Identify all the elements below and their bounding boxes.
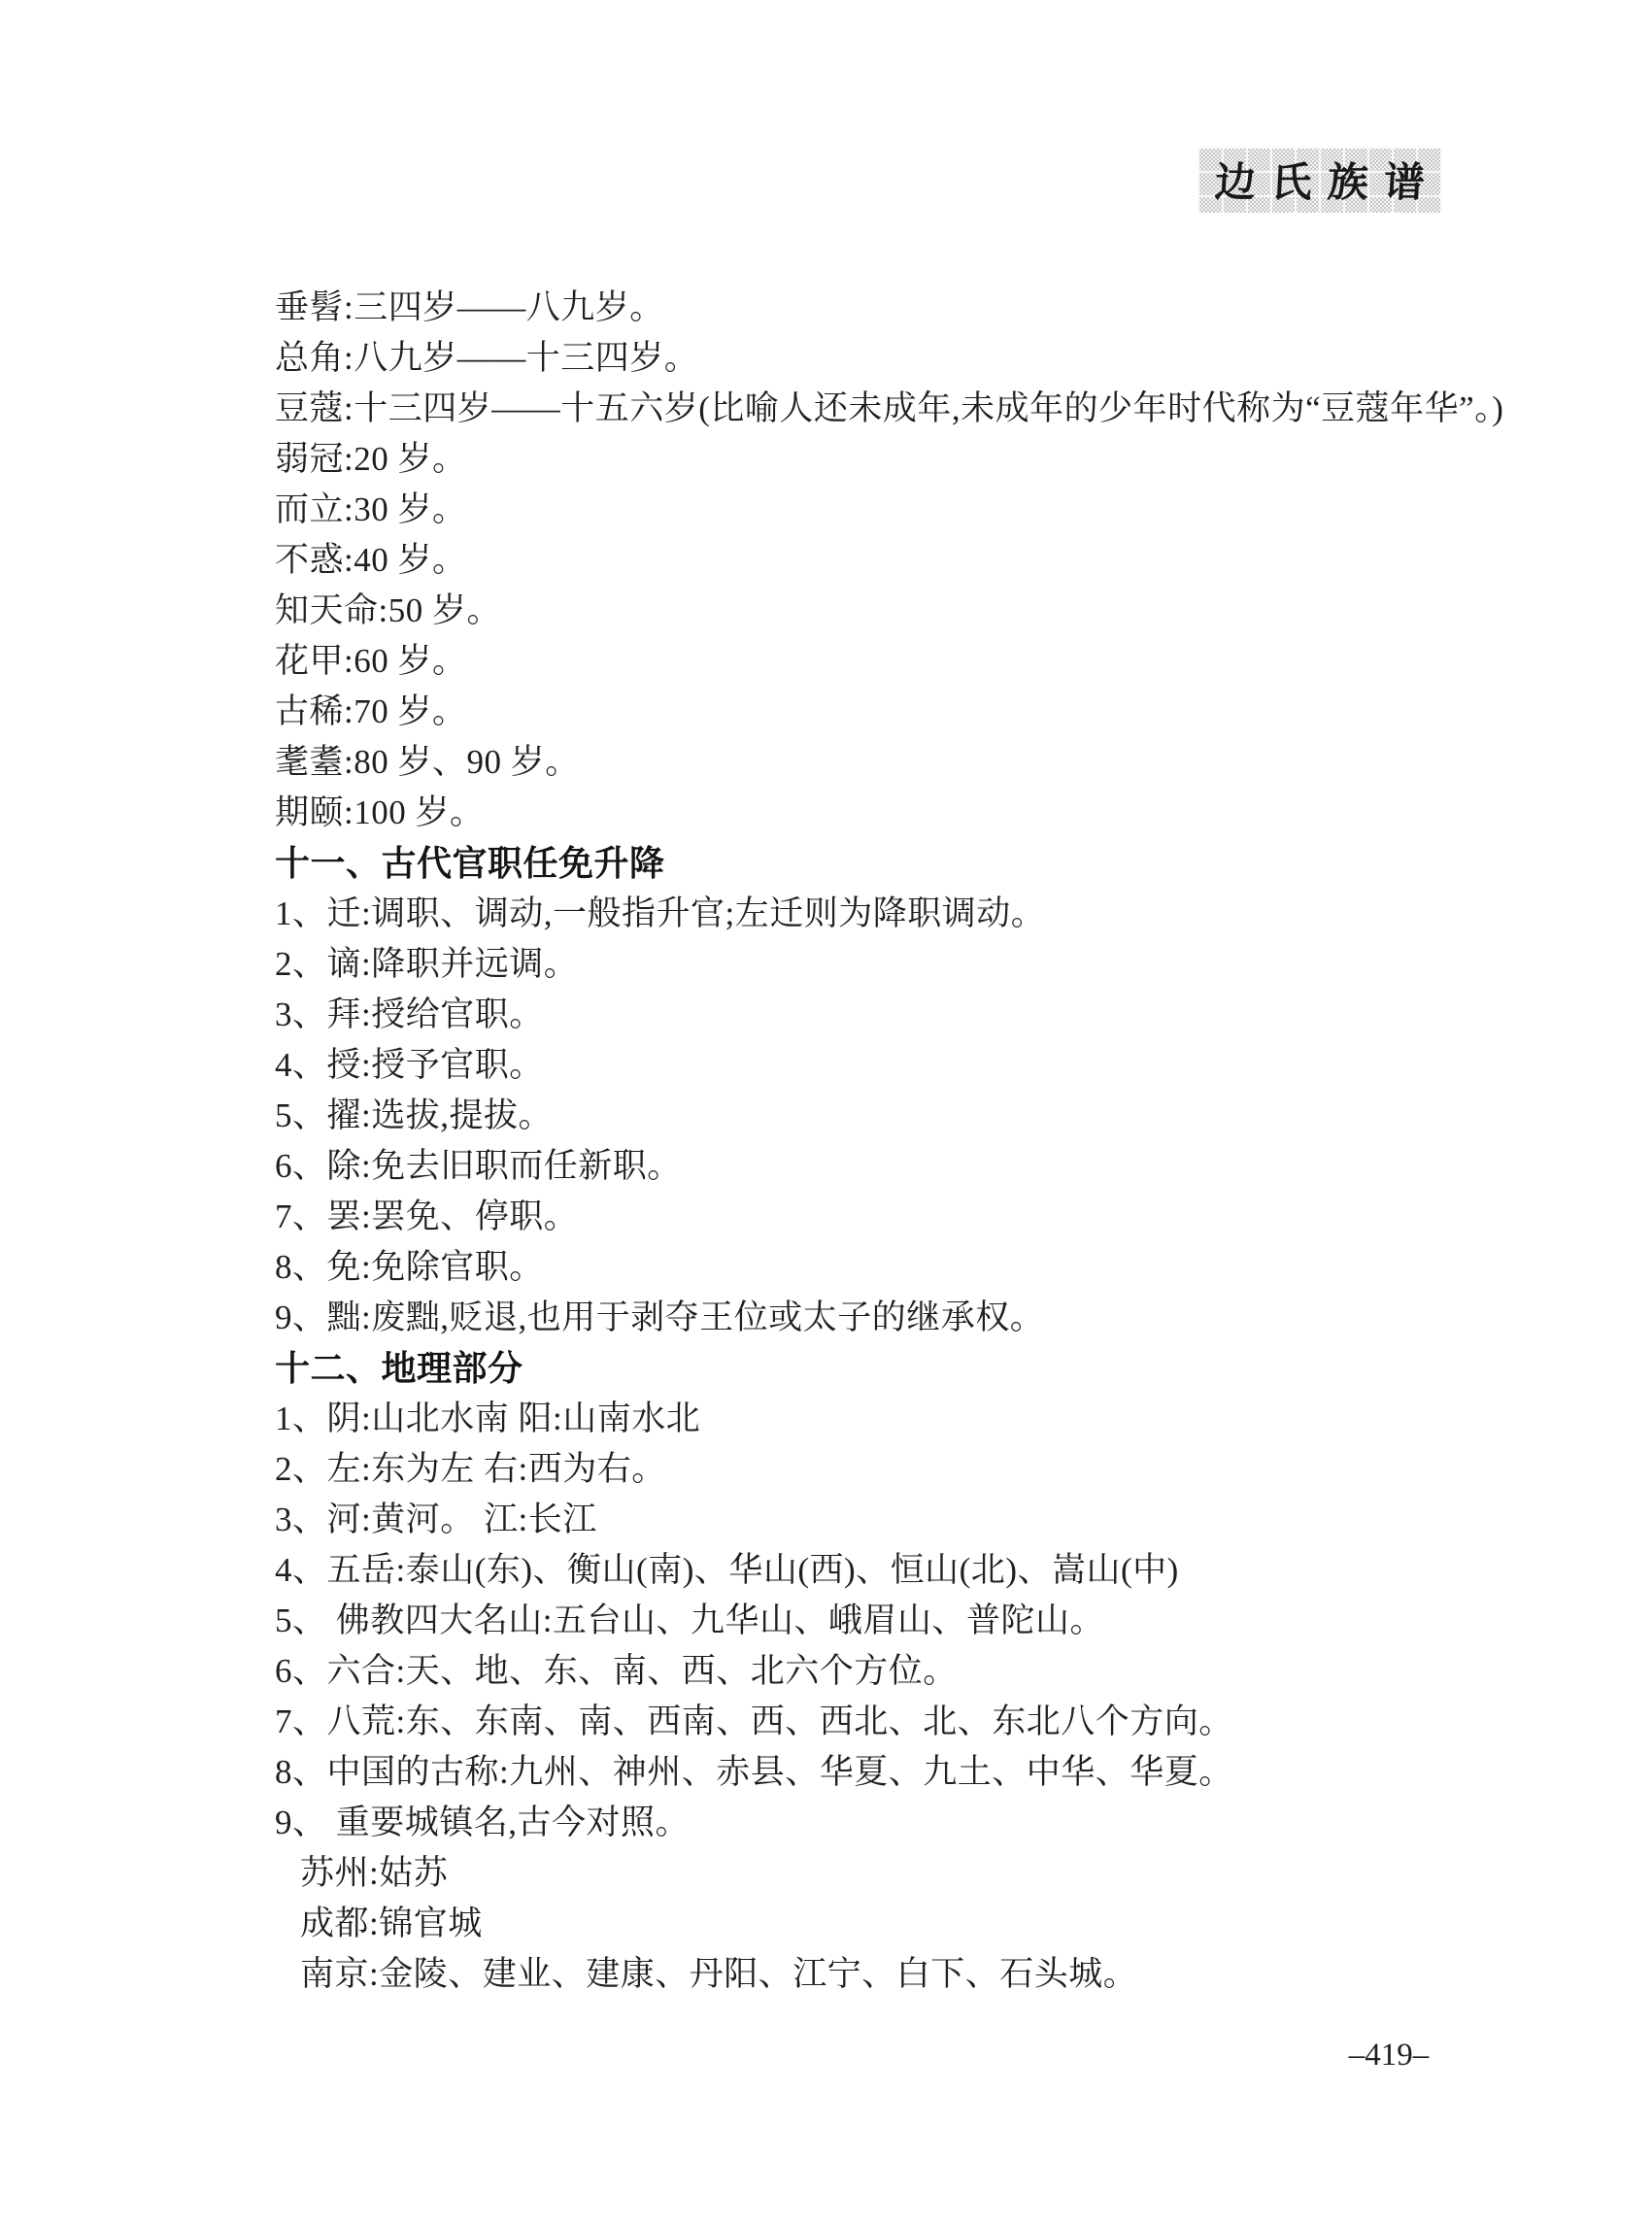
text-line: 成都:锦官城 — [275, 1899, 1489, 1949]
text-line: 6、除:免去旧职而任新职。 — [275, 1141, 1489, 1192]
header-badge-title: 边氏族谱 — [1197, 151, 1441, 209]
text-line: 耄耋:80 岁、90 岁。 — [275, 737, 1489, 788]
text-line: 花甲:60 岁。 — [275, 636, 1489, 687]
text-block: 垂髫:三四岁——八九岁。总角:八九岁——十三四岁。豆蔻:十三四岁——十五六岁(比… — [275, 283, 1489, 2000]
text-line: 不惑:40 岁。 — [275, 535, 1489, 586]
section-heading: 十二、地理部分 — [275, 1343, 1489, 1394]
text-line: 9、 重要城镇名,古今对照。 — [275, 1798, 1489, 1848]
text-line: 7、罢:罢免、停职。 — [275, 1192, 1489, 1242]
text-line: 南京:金陵、建业、建康、丹阳、江宁、白下、石头城。 — [275, 1949, 1489, 2000]
text-line: 6、六合:天、地、东、南、西、北六个方位。 — [275, 1646, 1489, 1697]
text-line: 苏州:姑苏 — [275, 1848, 1489, 1899]
text-line: 总角:八九岁——十三四岁。 — [275, 333, 1489, 384]
page-number: –419– — [1311, 2034, 1467, 2076]
text-line: 4、五岳:泰山(东)、衡山(南)、华山(西)、恒山(北)、嵩山(中) — [275, 1545, 1489, 1596]
text-line: 而立:30 岁。 — [275, 485, 1489, 535]
text-line: 5、 佛教四大名山:五台山、九华山、峨眉山、普陀山。 — [275, 1596, 1489, 1646]
text-line: 8、免:免除官职。 — [275, 1242, 1489, 1293]
text-line: 3、拜:授给官职。 — [275, 990, 1489, 1040]
text-line: 3、河:黄河。 江:长江 — [275, 1495, 1489, 1545]
document-page: 边氏族谱 垂髫:三四岁——八九岁。总角:八九岁——十三四岁。豆蔻:十三四岁——十… — [0, 0, 1652, 2226]
text-line: 垂髫:三四岁——八九岁。 — [275, 283, 1489, 333]
text-line: 弱冠:20 岁。 — [275, 434, 1489, 485]
text-line: 豆蔻:十三四岁——十五六岁(比喻人还未成年,未成年的少年时代称为“豆蔻年华”。) — [275, 384, 1489, 434]
text-line: 古稀:70 岁。 — [275, 687, 1489, 737]
text-line: 8、中国的古称:九州、神州、赤县、华夏、九土、中华、华夏。 — [275, 1747, 1489, 1798]
text-line: 2、谪:降职并远调。 — [275, 939, 1489, 990]
text-line: 5、擢:选拔,提拔。 — [275, 1091, 1489, 1141]
text-line: 9、黜:废黜,贬退,也用于剥夺王位或太子的继承权。 — [275, 1293, 1489, 1343]
text-line: 2、左:东为左 右:西为右。 — [275, 1444, 1489, 1495]
text-line: 知天命:50 岁。 — [275, 586, 1489, 636]
header-badge: 边氏族谱 — [1197, 147, 1442, 213]
text-line: 7、八荒:东、东南、南、西南、西、西北、北、东北八个方向。 — [275, 1697, 1489, 1747]
text-line: 4、授:授予官职。 — [275, 1040, 1489, 1091]
text-line: 1、阴:山北水南 阳:山南水北 — [275, 1394, 1489, 1444]
section-heading: 十一、古代官职任免升降 — [275, 838, 1489, 889]
text-line: 期颐:100 岁。 — [275, 788, 1489, 838]
text-line: 1、迁:调职、调动,一般指升官;左迁则为降职调动。 — [275, 889, 1489, 939]
